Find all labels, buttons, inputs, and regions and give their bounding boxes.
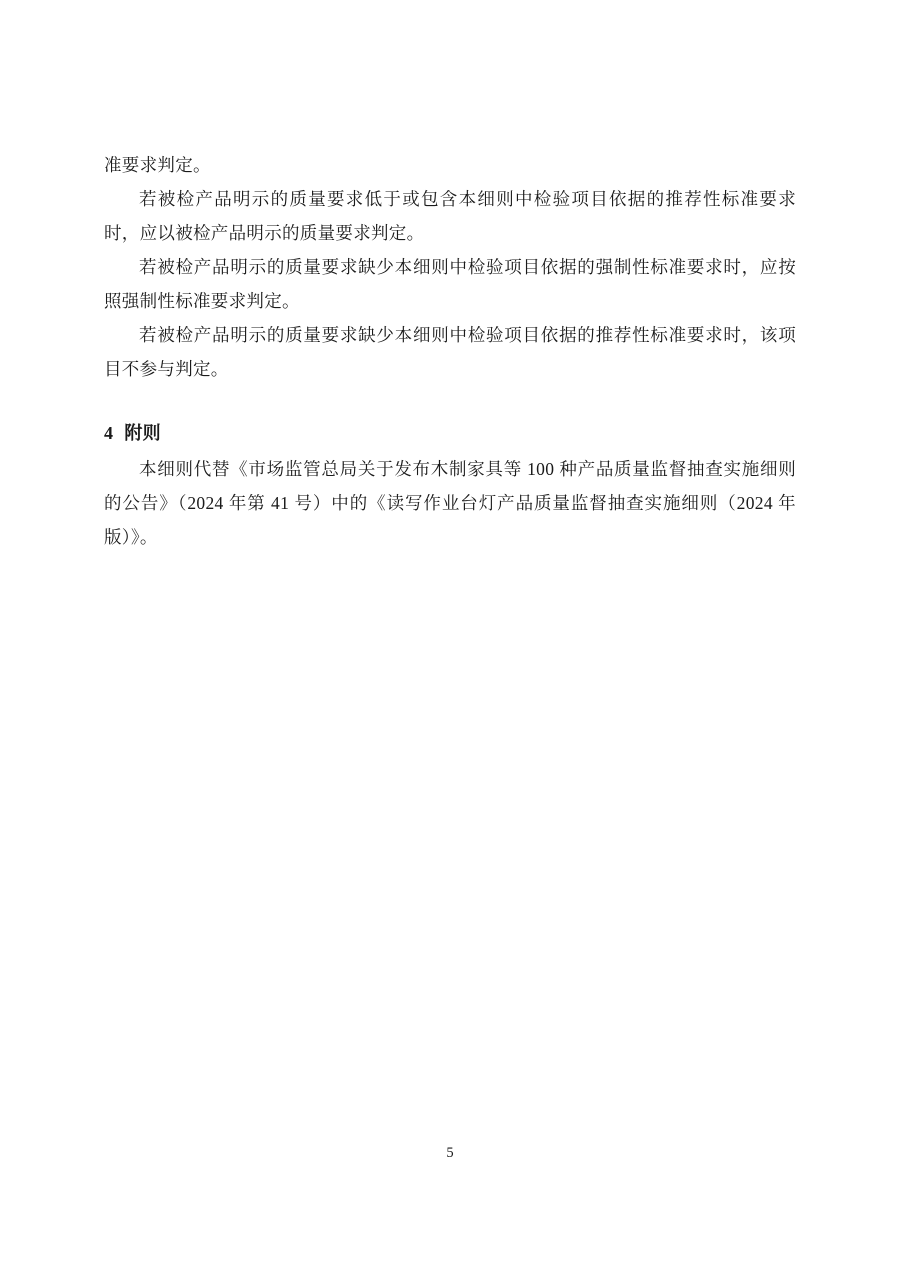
section-title: 附则 <box>124 423 161 443</box>
paragraph: 若被检产品明示的质量要求缺少本细则中检验项目依据的推荐性标准要求时，该项目不参与… <box>104 318 796 386</box>
paragraph: 若被检产品明示的质量要求缺少本细则中检验项目依据的强制性标准要求时，应按照强制性… <box>104 250 796 318</box>
closing-paragraph: 本细则代替《市场监管总局关于发布木制家具等 100 种产品质量监督抽查实施细则的… <box>104 452 796 554</box>
page-content: 准要求判定。 若被检产品明示的质量要求低于或包含本细则中检验项目依据的推荐性标准… <box>104 148 796 554</box>
section-heading: 4附则 <box>104 416 796 450</box>
paragraph-continuation: 准要求判定。 <box>104 148 796 182</box>
section-number: 4 <box>104 416 113 450</box>
document-page: 准要求判定。 若被检产品明示的质量要求低于或包含本细则中检验项目依据的推荐性标准… <box>0 0 900 1273</box>
paragraph: 若被检产品明示的质量要求低于或包含本细则中检验项目依据的推荐性标准要求时，应以被… <box>104 182 796 250</box>
page-footer: 5 <box>0 1143 900 1163</box>
page-number: 5 <box>446 1145 453 1161</box>
